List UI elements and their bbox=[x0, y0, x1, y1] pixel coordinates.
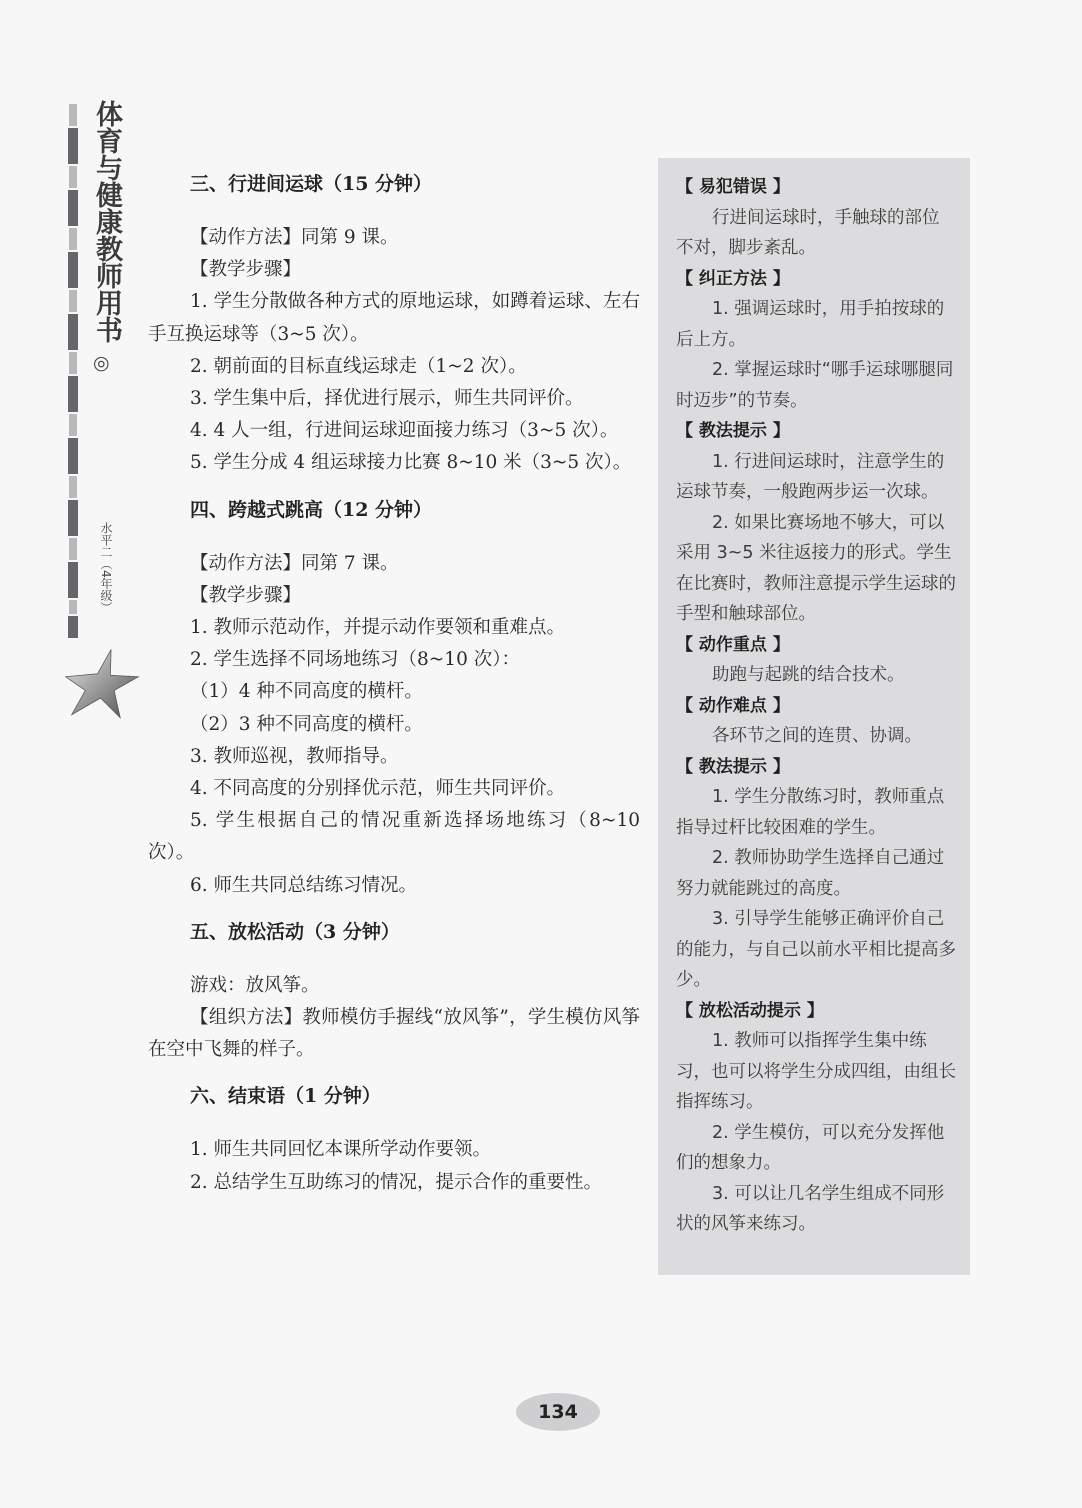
paragraph: 【教学步骤】 bbox=[148, 254, 640, 286]
paragraph: 【动作方法】同第 7 课。 bbox=[148, 548, 640, 580]
section-heading: 四、跨越式跳高（12 分钟） bbox=[148, 494, 640, 526]
note-title-common-errors: 【 易犯错误 】 bbox=[676, 172, 956, 203]
paragraph: 【动作方法】同第 9 课。 bbox=[148, 222, 640, 254]
paragraph: 4. 4 人一组，行进间运球迎面接力练习（3~5 次）。 bbox=[148, 415, 640, 447]
note-paragraph: 行进间运球时，手触球的部位不对，脚步紊乱。 bbox=[676, 203, 956, 264]
note-title-key-points: 【 动作重点 】 bbox=[676, 630, 956, 661]
teaching-notes-panel: 【 易犯错误 】 行进间运球时，手触球的部位不对，脚步紊乱。 【 纠正方法 】 … bbox=[658, 158, 970, 1275]
grade-level-label: 水平二（4年级） bbox=[94, 522, 114, 614]
note-paragraph: 3. 引导学生能够正确评价自己的能力，与自己以前水平相比提高多少。 bbox=[676, 904, 956, 996]
star-icon bbox=[64, 648, 140, 720]
section-dribbling: 三、行进间运球（15 分钟） 【动作方法】同第 9 课。 【教学步骤】 1. 学… bbox=[148, 168, 640, 480]
note-paragraph: 1. 强调运球时，用手拍按球的后上方。 bbox=[676, 294, 956, 355]
lesson-body: 三、行进间运球（15 分钟） 【动作方法】同第 9 课。 【教学步骤】 1. 学… bbox=[148, 168, 640, 1199]
note-paragraph: 2. 学生模仿，可以充分发挥他们的想象力。 bbox=[676, 1118, 956, 1179]
circle-mark-icon: ◎ bbox=[93, 352, 110, 374]
decorative-side-bar bbox=[68, 104, 78, 638]
paragraph: 5. 学生根据自己的情况重新选择场地练习（8~10 次）。 bbox=[148, 805, 640, 869]
note-paragraph: 1. 学生分散练习时，教师重点指导过杆比较困难的学生。 bbox=[676, 782, 956, 843]
paragraph: 1. 师生共同回忆本课所学动作要领。 bbox=[148, 1134, 640, 1166]
note-paragraph: 1. 教师可以指挥学生集中练习，也可以将学生分成四组，由组长指挥练习。 bbox=[676, 1026, 956, 1118]
paragraph: 2. 学生选择不同场地练习（8~10 次）： bbox=[148, 644, 640, 676]
paragraph: 游戏：放风筝。 bbox=[148, 970, 640, 1002]
paragraph: 6. 师生共同总结练习情况。 bbox=[148, 870, 640, 902]
note-paragraph: 1. 行进间运球时，注意学生的运球节奏，一般跑两步运一次球。 bbox=[676, 447, 956, 508]
paragraph: （2）3 种不同高度的横杆。 bbox=[148, 709, 640, 741]
book-title: 体育与健康教师用书 bbox=[88, 100, 122, 343]
paragraph: 【组织方法】教师模仿手握线“放风筝”，学生模仿风筝在空中飞舞的样子。 bbox=[148, 1002, 640, 1066]
paragraph: 2. 朝前面的目标直线运球走（1~2 次）。 bbox=[148, 351, 640, 383]
note-paragraph: 助跑与起跳的结合技术。 bbox=[676, 660, 956, 691]
note-paragraph: 各环节之间的连贯、协调。 bbox=[676, 721, 956, 752]
paragraph: 2. 总结学生互助练习的情况，提示合作的重要性。 bbox=[148, 1167, 640, 1199]
paragraph: 5. 学生分成 4 组运球接力比赛 8~10 米（3~5 次）。 bbox=[148, 447, 640, 479]
section-heading: 三、行进间运球（15 分钟） bbox=[148, 168, 640, 200]
section-closing: 六、结束语（1 分钟） 1. 师生共同回忆本课所学动作要领。 2. 总结学生互助… bbox=[148, 1080, 640, 1198]
section-cooldown: 五、放松活动（3 分钟） 游戏：放风筝。 【组织方法】教师模仿手握线“放风筝”，… bbox=[148, 916, 640, 1067]
paragraph: 3. 学生集中后，择优进行展示，师生共同评价。 bbox=[148, 383, 640, 415]
note-title-teaching-tips-2: 【 教法提示 】 bbox=[676, 752, 956, 783]
note-paragraph: 2. 教师协助学生选择自己通过努力就能跳过的高度。 bbox=[676, 843, 956, 904]
paragraph: 1. 教师示范动作，并提示动作要领和重难点。 bbox=[148, 612, 640, 644]
paragraph: 4. 不同高度的分别择优示范，师生共同评价。 bbox=[148, 773, 640, 805]
section-heading: 五、放松活动（3 分钟） bbox=[148, 916, 640, 948]
note-title-teaching-tips: 【 教法提示 】 bbox=[676, 416, 956, 447]
note-title-difficulties: 【 动作难点 】 bbox=[676, 691, 956, 722]
page-number-badge: 134 bbox=[516, 1393, 600, 1431]
paragraph: 3. 教师巡视，教师指导。 bbox=[148, 741, 640, 773]
note-paragraph: 3. 可以让几名学生组成不同形状的风筝来练习。 bbox=[676, 1179, 956, 1240]
section-high-jump: 四、跨越式跳高（12 分钟） 【动作方法】同第 7 课。 【教学步骤】 1. 教… bbox=[148, 494, 640, 902]
note-title-cooldown-tips: 【 放松活动提示 】 bbox=[676, 996, 956, 1027]
paragraph: 【教学步骤】 bbox=[148, 580, 640, 612]
note-title-corrections: 【 纠正方法 】 bbox=[676, 264, 956, 295]
section-heading: 六、结束语（1 分钟） bbox=[148, 1080, 640, 1112]
paragraph: 1. 学生分散做各种方式的原地运球，如蹲着运球、左右手互换运球等（3~5 次）。 bbox=[148, 286, 640, 350]
note-paragraph: 2. 掌握运球时“哪手运球哪腿同时迈步”的节奏。 bbox=[676, 355, 956, 416]
note-paragraph: 2. 如果比赛场地不够大，可以采用 3~5 米往返接力的形式。学生在比赛时，教师… bbox=[676, 508, 956, 630]
paragraph: （1）4 种不同高度的横杆。 bbox=[148, 676, 640, 708]
